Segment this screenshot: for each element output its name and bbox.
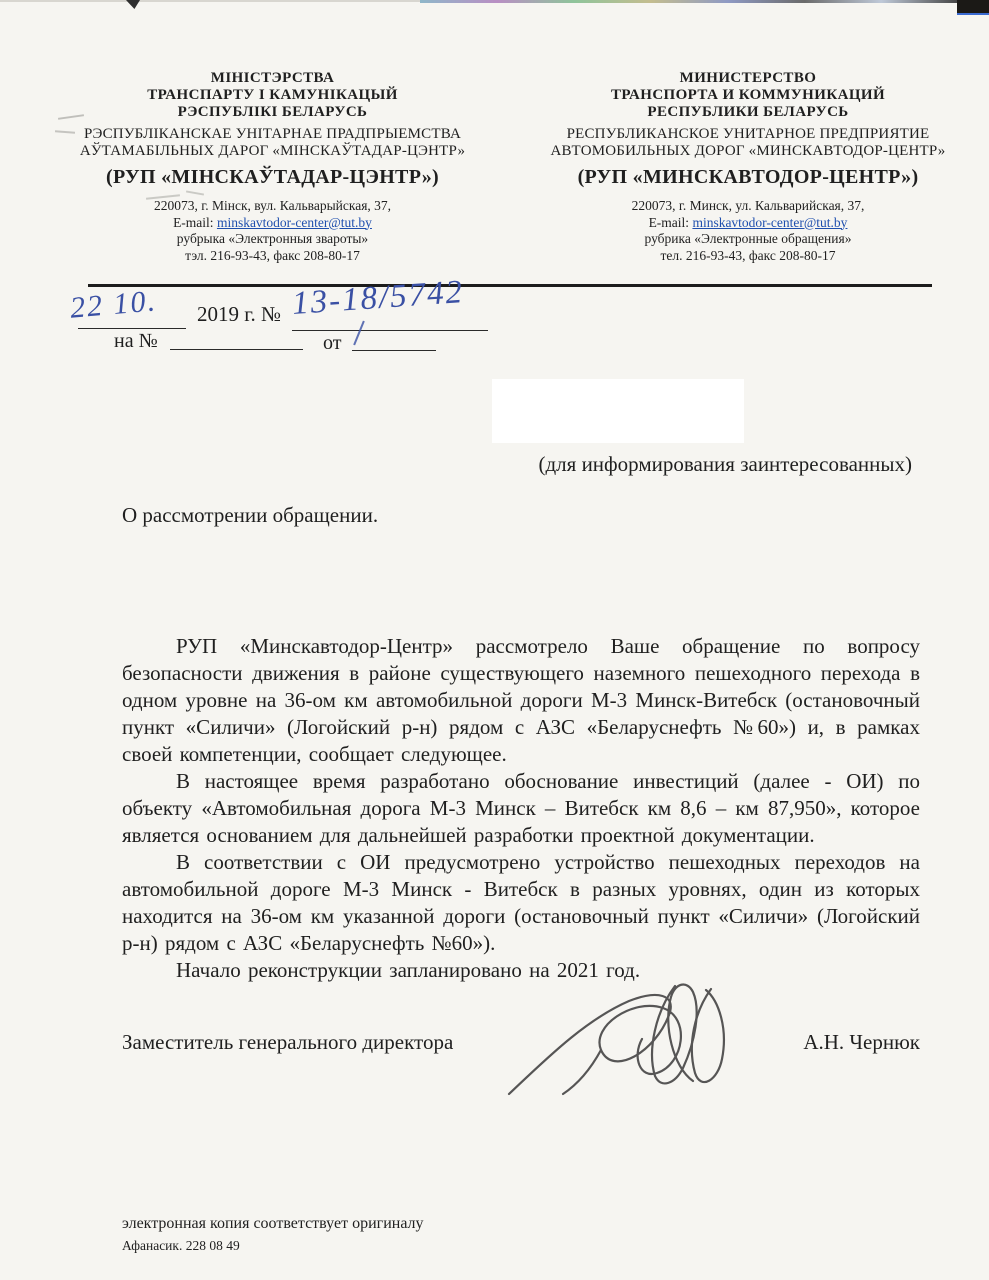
organization-short-name-ru: (РУП «МИНСКАВТОДОР-ЦЕНТР») — [522, 169, 974, 186]
body-paragraph: РУП «Минскавтодор-Центр» рассмотрело Ваш… — [122, 633, 920, 768]
scan-corner-line-artifact — [957, 13, 989, 15]
email-line: E-mail: minskavtodor-center@tut.by — [40, 215, 505, 232]
organization-line: АЎТАМАБІЛЬНЫХ ДАРОГ «МІНСКАЎТАДАР-ЦЭНТР» — [40, 143, 505, 160]
reply-date-blank-line — [352, 350, 436, 351]
scan-corner-artifact — [957, 0, 989, 13]
contact-block-by: 220073, г. Мінск, вул. Кальварыйская, 37… — [40, 198, 505, 264]
organization-line: РЕСПУБЛИКАНСКОЕ УНИТАРНОЕ ПРЕДПРИЯТИЕ — [522, 126, 974, 143]
printed-date-label: 2019 г. № — [197, 302, 281, 327]
email-address: minskavtodor-center@tut.by — [217, 215, 372, 230]
email-label: E-mail: — [173, 215, 214, 230]
handwritten-date: 22 10. — [69, 284, 159, 325]
ministry-line: РЭСПУБЛІКІ БЕЛАРУСЬ — [40, 104, 505, 121]
scan-color-strip-artifact — [420, 0, 958, 3]
number-blank-line — [292, 330, 488, 331]
rubric-line: рубрика «Электронные обращения» — [522, 231, 974, 248]
ministry-line: МИНИСТЕРСТВО — [522, 70, 974, 87]
organization-line: АВТОМОБИЛЬНЫХ ДОРОГ «МИНСКАВТОДОР-ЦЕНТР» — [522, 143, 974, 160]
ministry-line: РЕСПУБЛИКИ БЕЛАРУСЬ — [522, 104, 974, 121]
email-address: minskavtodor-center@tut.by — [692, 215, 847, 230]
postal-address: 220073, г. Мінск, вул. Кальварыйская, 37… — [40, 198, 505, 215]
contact-block-ru: 220073, г. Минск, ул. Кальварийская, 37,… — [522, 198, 974, 264]
phone-line: тэл. 216-93-43, факс 208-80-17 — [40, 248, 505, 265]
email-label: E-mail: — [649, 215, 690, 230]
reply-to-label: на № — [114, 330, 158, 353]
letterhead-divider-rule — [88, 284, 932, 287]
scan-top-mark-artifact — [126, 0, 140, 9]
pen-stroke-artifact — [353, 321, 365, 346]
letterhead-belarusian: МІНІСТЭРСТВА ТРАНСПАРТУ І КАМУНІКАЦЫЙ РЭ… — [40, 70, 505, 264]
ministry-name-by: МІНІСТЭРСТВА ТРАНСПАРТУ І КАМУНІКАЦЫЙ РЭ… — [40, 70, 505, 121]
reply-number-blank-line — [170, 349, 303, 350]
organization-name-ru: РЕСПУБЛИКАНСКОЕ УНИТАРНОЕ ПРЕДПРИЯТИЕ АВ… — [522, 126, 974, 160]
email-line: E-mail: minskavtodor-center@tut.by — [522, 215, 974, 232]
ministry-line: ТРАНСПОРТА И КОММУНИКАЦИЙ — [522, 87, 974, 104]
ministry-line: ТРАНСПАРТУ І КАМУНІКАЦЫЙ — [40, 87, 505, 104]
addressee-note: (для информирования заинтересованных) — [500, 452, 912, 477]
letter-body: РУП «Минскавтодор-Центр» рассмотрело Ваш… — [122, 633, 920, 984]
rubric-line: рубрыка «Электронныя звароты» — [40, 231, 505, 248]
subject-line: О рассмотрении обращении. — [122, 503, 378, 528]
handwritten-signature — [505, 980, 740, 1103]
body-paragraph: В настоящее время разработано обосновани… — [122, 768, 920, 849]
scan-edge-artifact — [0, 0, 420, 2]
copy-certification-note: электронная копия соответствует оригинал… — [122, 1215, 424, 1233]
handwritten-outgoing-number: 13-18/5742 — [291, 274, 465, 323]
signer-name: А.Н. Чернюк — [760, 1030, 920, 1055]
organization-name-by: РЭСПУБЛІКАНСКАЕ УНІТАРНАЕ ПРАДПРЫЕМСТВА … — [40, 126, 505, 160]
ministry-name-ru: МИНИСТЕРСТВО ТРАНСПОРТА И КОММУНИКАЦИЙ Р… — [522, 70, 974, 121]
reply-from-label: от — [323, 332, 341, 355]
scanned-letter-page: МІНІСТЭРСТВА ТРАНСПАРТУ І КАМУНІКАЦЫЙ РЭ… — [0, 0, 989, 1280]
organization-line: РЭСПУБЛІКАНСКАЕ УНІТАРНАЕ ПРАДПРЫЕМСТВА — [40, 126, 505, 143]
postal-address: 220073, г. Минск, ул. Кальварийская, 37, — [522, 198, 974, 215]
redacted-addressee-box — [492, 379, 744, 443]
ministry-line: МІНІСТЭРСТВА — [40, 70, 505, 87]
signer-title: Заместитель генерального директора — [122, 1030, 453, 1055]
date-blank-line — [78, 328, 186, 329]
executor-note: Афанасик. 228 08 49 — [122, 1238, 240, 1254]
body-paragraph: В соответствии с ОИ предусмотрено устрой… — [122, 849, 920, 957]
phone-line: тел. 216-93-43, факс 208-80-17 — [522, 248, 974, 265]
organization-short-name-by: (РУП «МІНСКАЎТАДАР-ЦЭНТР») — [40, 169, 505, 186]
letterhead-russian: МИНИСТЕРСТВО ТРАНСПОРТА И КОММУНИКАЦИЙ Р… — [522, 70, 974, 264]
